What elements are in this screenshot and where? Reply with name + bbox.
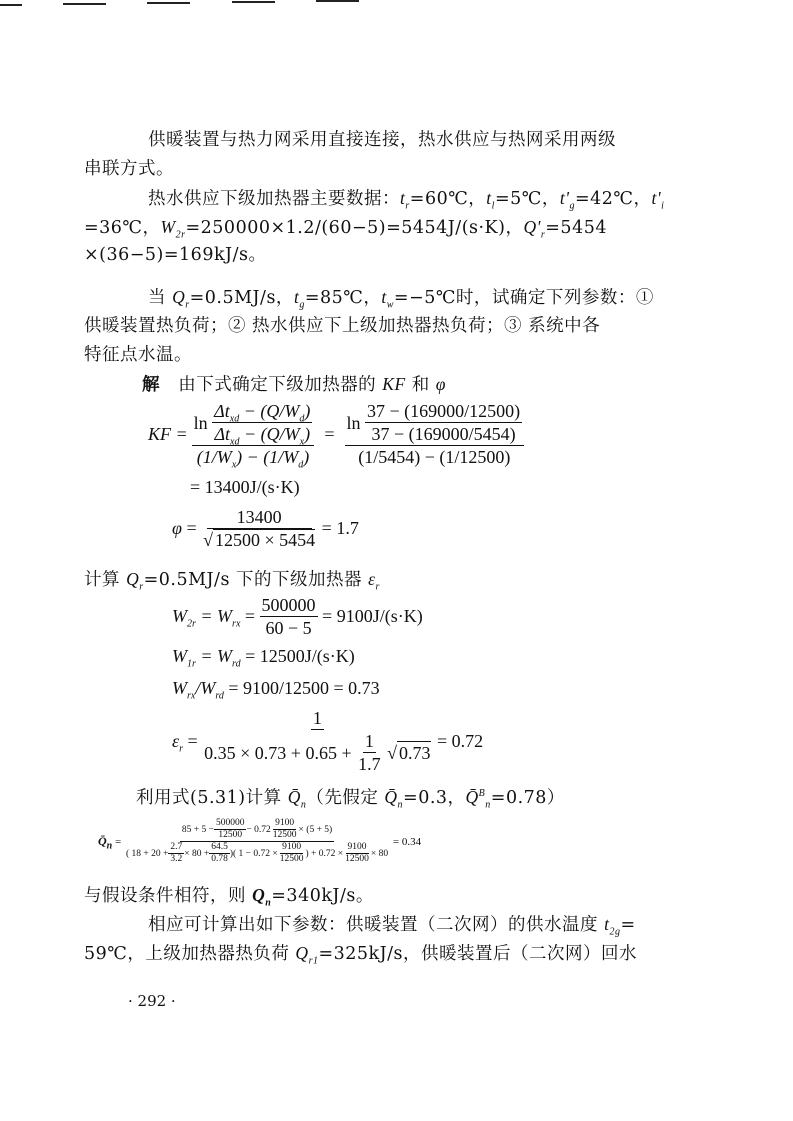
equation-epsilon: εr = 1 0.35 × 0.73 + 0.65 + 11.7 √0.73 =… bbox=[172, 707, 483, 775]
solution-heading: 解 由下式确定下级加热器的 KF 和 φ bbox=[142, 370, 722, 400]
text: 热水供应下级加热器主要数据： bbox=[148, 189, 400, 209]
paragraph-line: 特征点水温。 bbox=[84, 341, 664, 370]
paragraph-line: 相应可计算出如下参数：供暖装置（二次网）的供水温度 t2g= bbox=[148, 910, 728, 940]
equation-qn: Q̄n = 85 + 5 − 50000012500 − 0.72 910012… bbox=[98, 818, 421, 865]
paragraph-line: =36℃，W2r=250000×1.2/(60−5)=5454J/(s·K)，Q… bbox=[84, 213, 664, 243]
paragraph-line: ×(36−5)=169kJ/s。 bbox=[84, 241, 664, 270]
paragraph-line: 与假设条件相符，则 Qn=340kJ/s。 bbox=[84, 881, 664, 911]
equation-kf: KF = ln Δtxd − (Q/Wd)Δtxd − (Q/Wx) (1/Wx… bbox=[148, 400, 524, 468]
solution-label: 解 bbox=[142, 375, 160, 395]
paragraph-line: 计算 Qr=0.5MJ/s 下的下级加热器 εr bbox=[84, 565, 664, 595]
equation-w1: W1r = Wrd = 12500J/(s·K) bbox=[172, 646, 355, 667]
equation-phi: φ = 13400√12500 × 5454 = 1.7 bbox=[172, 506, 359, 551]
header-rule bbox=[232, 1, 275, 3]
paragraph-line: 利用式(5.31)计算 Q̄n（先假定 Q̄n=0.3，Q̄Bn=0.78） bbox=[136, 783, 716, 813]
kf-lhs: KF = bbox=[148, 424, 188, 445]
page-number: · 292 · bbox=[128, 992, 176, 1010]
header-rule bbox=[63, 3, 106, 5]
header-rule bbox=[316, 0, 359, 2]
equation-ratio: Wrx/Wrd = 9100/12500 = 0.73 bbox=[172, 678, 380, 699]
paragraph-line: 供暖装置与热力网采用直接连接，热水供应与热网采用两级 bbox=[148, 126, 728, 155]
equation-w2r: W2r = Wrx = 50000060 − 5 = 9100J/(s·K) bbox=[172, 594, 423, 639]
paragraph-line: 热水供应下级加热器主要数据：tr=60℃，tl=5℃，t'g=42℃，t'i bbox=[148, 184, 728, 214]
paragraph-line: 当 Qr=0.5MJ/s，tg=85℃，tw=−5℃时，试确定下列参数：① bbox=[148, 283, 728, 313]
math-inline: tr bbox=[400, 188, 410, 208]
paragraph-line: 59℃，上级加热器热负荷 Qr1=325kJ/s，供暖装置后（二次网）回水 bbox=[84, 939, 664, 969]
paragraph-line: 串联方式。 bbox=[84, 155, 664, 184]
header-rule bbox=[147, 2, 190, 4]
kf-result: = 13400J/(s·K) bbox=[190, 477, 300, 498]
header-rule bbox=[0, 4, 22, 6]
paragraph-line: 供暖装置热负荷；② 热水供应下上级加热器热负荷；③ 系统中各 bbox=[84, 312, 664, 341]
